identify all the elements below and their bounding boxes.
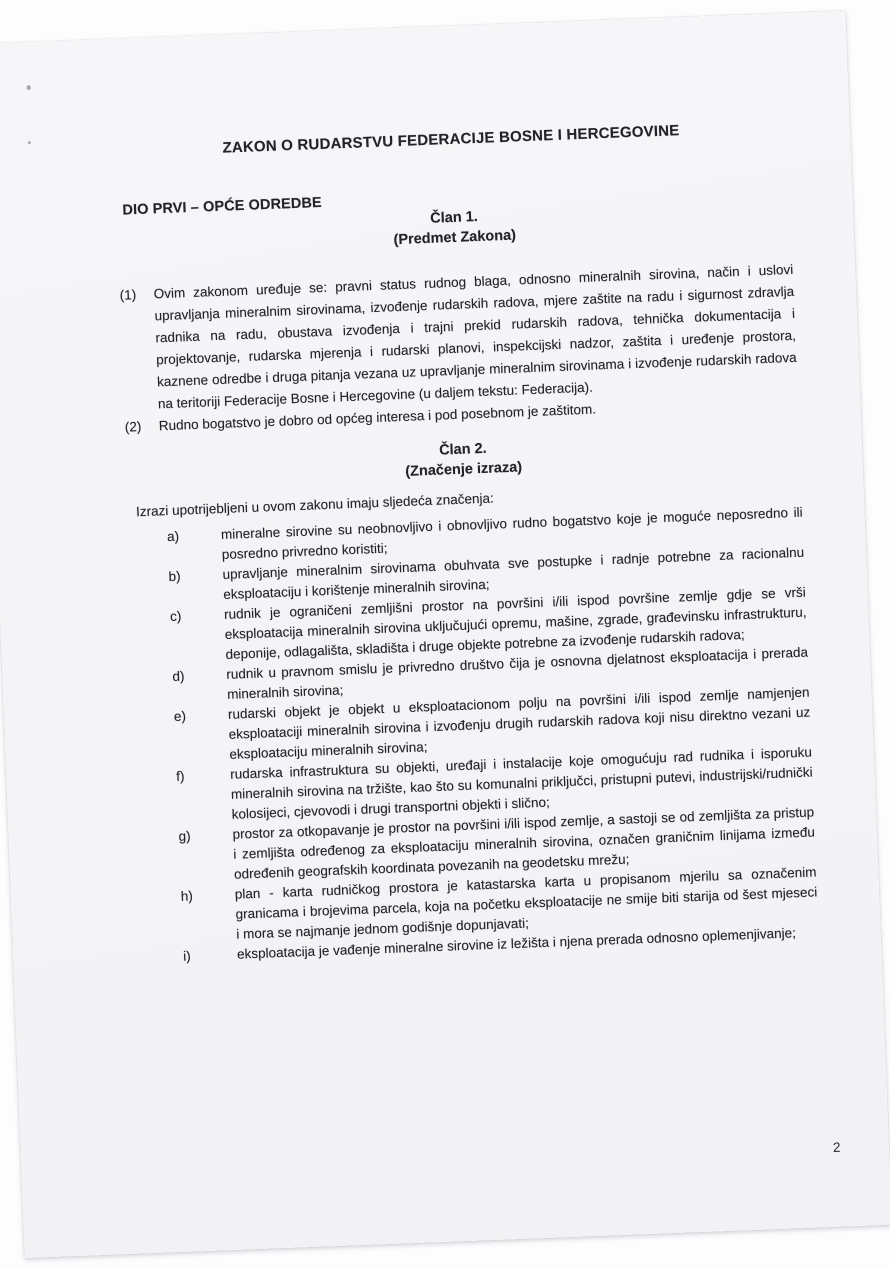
- paragraph-number: (2): [124, 416, 141, 439]
- scanned-page: ZAKON O RUDARSTVU FEDERACIJE BOSNE I HER…: [0, 11, 890, 1258]
- item-label: h): [181, 886, 194, 906]
- item-label: b): [168, 567, 181, 587]
- item-label: c): [170, 607, 182, 627]
- document-title: ZAKON O RUDARSTVU FEDERACIJE BOSNE I HER…: [114, 117, 788, 163]
- scan-speck: [28, 141, 31, 144]
- item-label: f): [176, 767, 185, 787]
- item-label: a): [167, 527, 180, 547]
- paragraph-number: (1): [119, 284, 136, 307]
- item-label: d): [172, 667, 185, 687]
- item-label: i): [183, 947, 191, 967]
- paragraph-text: Ovim zakonom uređuje se: pravni status r…: [153, 262, 796, 411]
- document-content: ZAKON O RUDARSTVU FEDERACIJE BOSNE I HER…: [110, 13, 819, 968]
- scan-speck: [27, 85, 31, 90]
- scan-background: ZAKON O RUDARSTVU FEDERACIJE BOSNE I HER…: [0, 0, 890, 1269]
- item-label: e): [174, 707, 187, 727]
- item-label: g): [178, 826, 191, 846]
- page-number: 2: [833, 1140, 841, 1155]
- article1-paragraph-1: (1) Ovim zakonom uređuje se: pravni stat…: [119, 259, 798, 417]
